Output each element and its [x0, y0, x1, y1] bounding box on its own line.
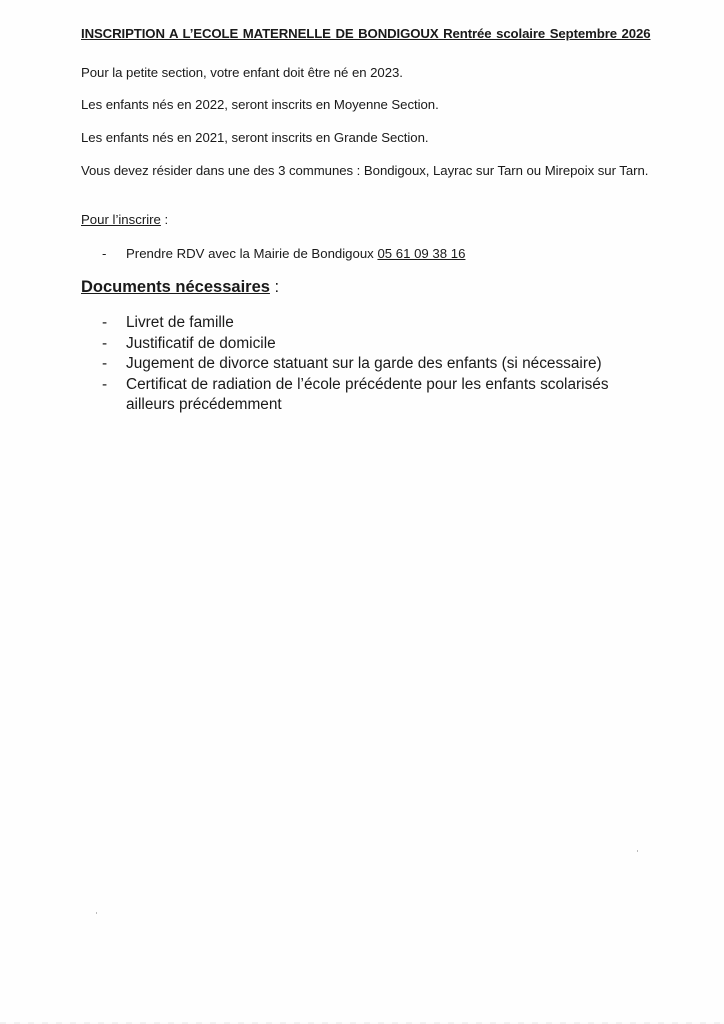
bullet-dash: - [102, 246, 126, 261]
document-title: INSCRIPTION A L’ECOLE MATERNELLE DE BOND… [81, 26, 650, 41]
inscrire-list-item: -Prendre RDV avec la Mairie de Bondigoux… [102, 246, 465, 261]
document-item-justificatif: Justificatif de domicile [126, 334, 642, 355]
list-item: - Justificatif de domicile [102, 334, 642, 355]
list-item: - Livret de famille [102, 313, 642, 334]
scan-speck [637, 850, 638, 852]
bullet-dash: - [102, 334, 126, 355]
paragraph-communes: Vous devez résider dans une des 3 commun… [81, 161, 661, 180]
list-item: - Certificat de radiation de l’école pré… [102, 375, 642, 416]
paragraph-petite-section: Pour la petite section, votre enfant doi… [81, 65, 403, 80]
bullet-dash: - [102, 313, 126, 334]
mairie-phone-number: 05 61 09 38 16 [377, 246, 465, 261]
list-item: - Jugement de divorce statuant sur la ga… [102, 354, 642, 375]
document-page: INSCRIPTION A L’ECOLE MATERNELLE DE BOND… [0, 0, 724, 1024]
paragraph-grande-section: Les enfants nés en 2021, seront inscrits… [81, 130, 428, 145]
document-item-livret: Livret de famille [126, 313, 642, 334]
document-item-certificat: Certificat de radiation de l’école précé… [126, 375, 642, 416]
inscrire-label-text: Pour l’inscrire [81, 212, 161, 227]
documents-heading-text: Documents nécessaires [81, 278, 270, 296]
bullet-dash: - [102, 354, 126, 375]
inscrire-label-suffix: : [161, 212, 168, 227]
paragraph-moyenne-section: Les enfants nés en 2022, seront inscrits… [81, 97, 439, 112]
documents-heading: Documents nécessaires : [81, 278, 279, 297]
document-item-jugement: Jugement de divorce statuant sur la gard… [126, 354, 642, 375]
documents-list: - Livret de famille - Justificatif de do… [102, 313, 642, 416]
bullet-dash: - [102, 375, 126, 416]
inscrire-label: Pour l’inscrire : [81, 212, 168, 227]
documents-heading-suffix: : [270, 278, 279, 296]
scan-speck [96, 912, 97, 914]
inscrire-item-text: Prendre RDV avec la Mairie de Bondigoux [126, 246, 377, 261]
